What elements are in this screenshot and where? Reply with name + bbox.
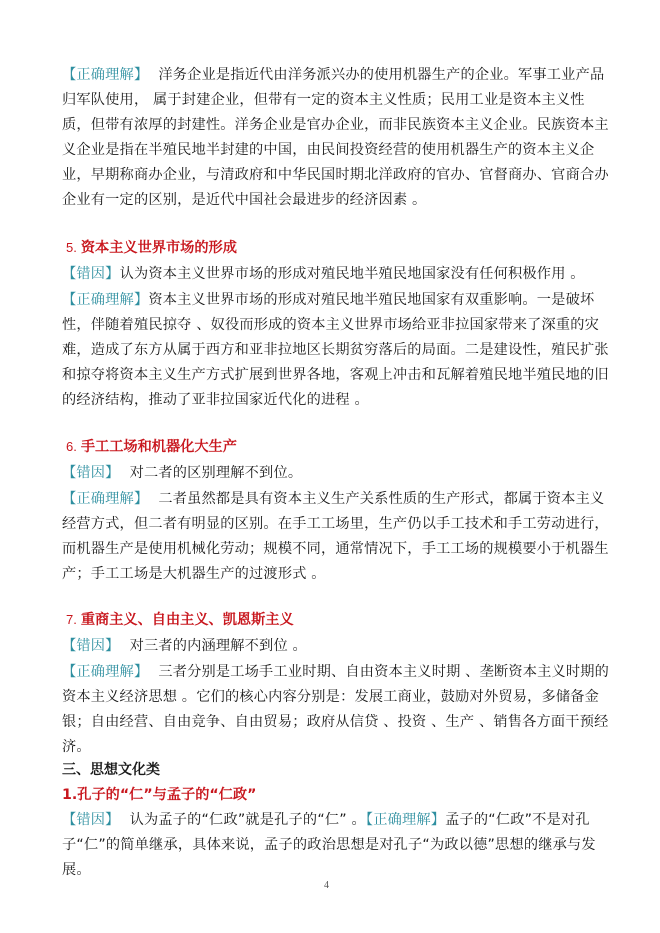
item7-correct: 【正确理解】三者分别是工场手工业时期、自由资本主义时期 、垄断资本主义时期的资本… bbox=[62, 660, 610, 760]
item6-correct: 【正确理解】二者虽然都是具有资本主义生产关系性质的生产形式，都属于资本主义经营方… bbox=[62, 487, 610, 587]
error-label: 【错因】 bbox=[62, 465, 120, 481]
item-number: 5. bbox=[66, 240, 77, 255]
correct-label: 【正确理解】 bbox=[62, 292, 148, 308]
correct-label: 【正确理解】 bbox=[62, 664, 148, 680]
error-label: 【错因】 bbox=[62, 812, 120, 828]
correct-label: 【正确理解】 bbox=[366, 812, 445, 828]
item6-error: 【错因】对二者的区别理解不到位。 bbox=[62, 461, 610, 486]
item5-heading: 5.资本主义世界市场的形成 bbox=[66, 237, 237, 259]
correct-label: 【正确理解】 bbox=[62, 67, 148, 83]
correct-text: 洋务企业是指近代由洋务派兴办的使用机器生产的企业。军事工业产品归军队使用， 属于… bbox=[62, 67, 609, 208]
section3-item1-body: 【错因】认为孟子的“仁政”就是孔子的“仁” 。【正确理解】孟子的“仁政”不是对孔… bbox=[62, 808, 610, 883]
error-text: 对三者的内涵理解不到位 。 bbox=[130, 638, 307, 654]
paragraph-yangwu-correct: 【正确理解】洋务企业是指近代由洋务派兴办的使用机器生产的企业。军事工业产品归军队… bbox=[62, 63, 610, 213]
item7-error: 【错因】对三者的内涵理解不到位 。 bbox=[62, 634, 610, 659]
item-number: 6. bbox=[66, 439, 77, 454]
item-title: 资本主义世界市场的形成 bbox=[81, 240, 237, 256]
error-text: 对二者的区别理解不到位。 bbox=[130, 465, 303, 481]
section-title: 三、思想文化类 bbox=[62, 759, 160, 779]
item7-heading: 7.重商主义、自由主义、凯恩斯主义 bbox=[66, 609, 294, 631]
correct-text: 资本主义世界市场的形成对殖民地半殖民地国家有双重影响。一是破坏性，伴随着殖民掠夺… bbox=[62, 292, 609, 408]
error-label: 【错因】 bbox=[62, 266, 120, 282]
item5-correct: 【正确理解】资本主义世界市场的形成对殖民地半殖民地国家有双重影响。一是破坏性，伴… bbox=[62, 288, 610, 413]
section3-item1-heading: 1.孔子的“仁”与孟子的“仁政” bbox=[62, 784, 256, 804]
item-title: 手工工场和机器化大生产 bbox=[81, 439, 237, 455]
item5-error: 【错因】认为资本主义世界市场的形成对殖民地半殖民地国家没有任何积极作用 。 bbox=[62, 262, 610, 287]
page-number: 4 bbox=[324, 880, 329, 891]
item-number: 7. bbox=[66, 612, 77, 627]
document-page: 【正确理解】洋务企业是指近代由洋务派兴办的使用机器生产的企业。军事工业产品归军队… bbox=[0, 0, 660, 933]
error-text: 认为资本主义世界市场的形成对殖民地半殖民地国家没有任何积极作用 。 bbox=[120, 266, 585, 282]
correct-label: 【正确理解】 bbox=[62, 491, 148, 507]
item6-heading: 6.手工工场和机器化大生产 bbox=[66, 436, 237, 458]
error-text: 认为孟子的“仁政”就是孔子的“仁” 。 bbox=[130, 812, 366, 828]
item-title: 重商主义、自由主义、凯恩斯主义 bbox=[81, 612, 294, 628]
error-label: 【错因】 bbox=[62, 638, 120, 654]
